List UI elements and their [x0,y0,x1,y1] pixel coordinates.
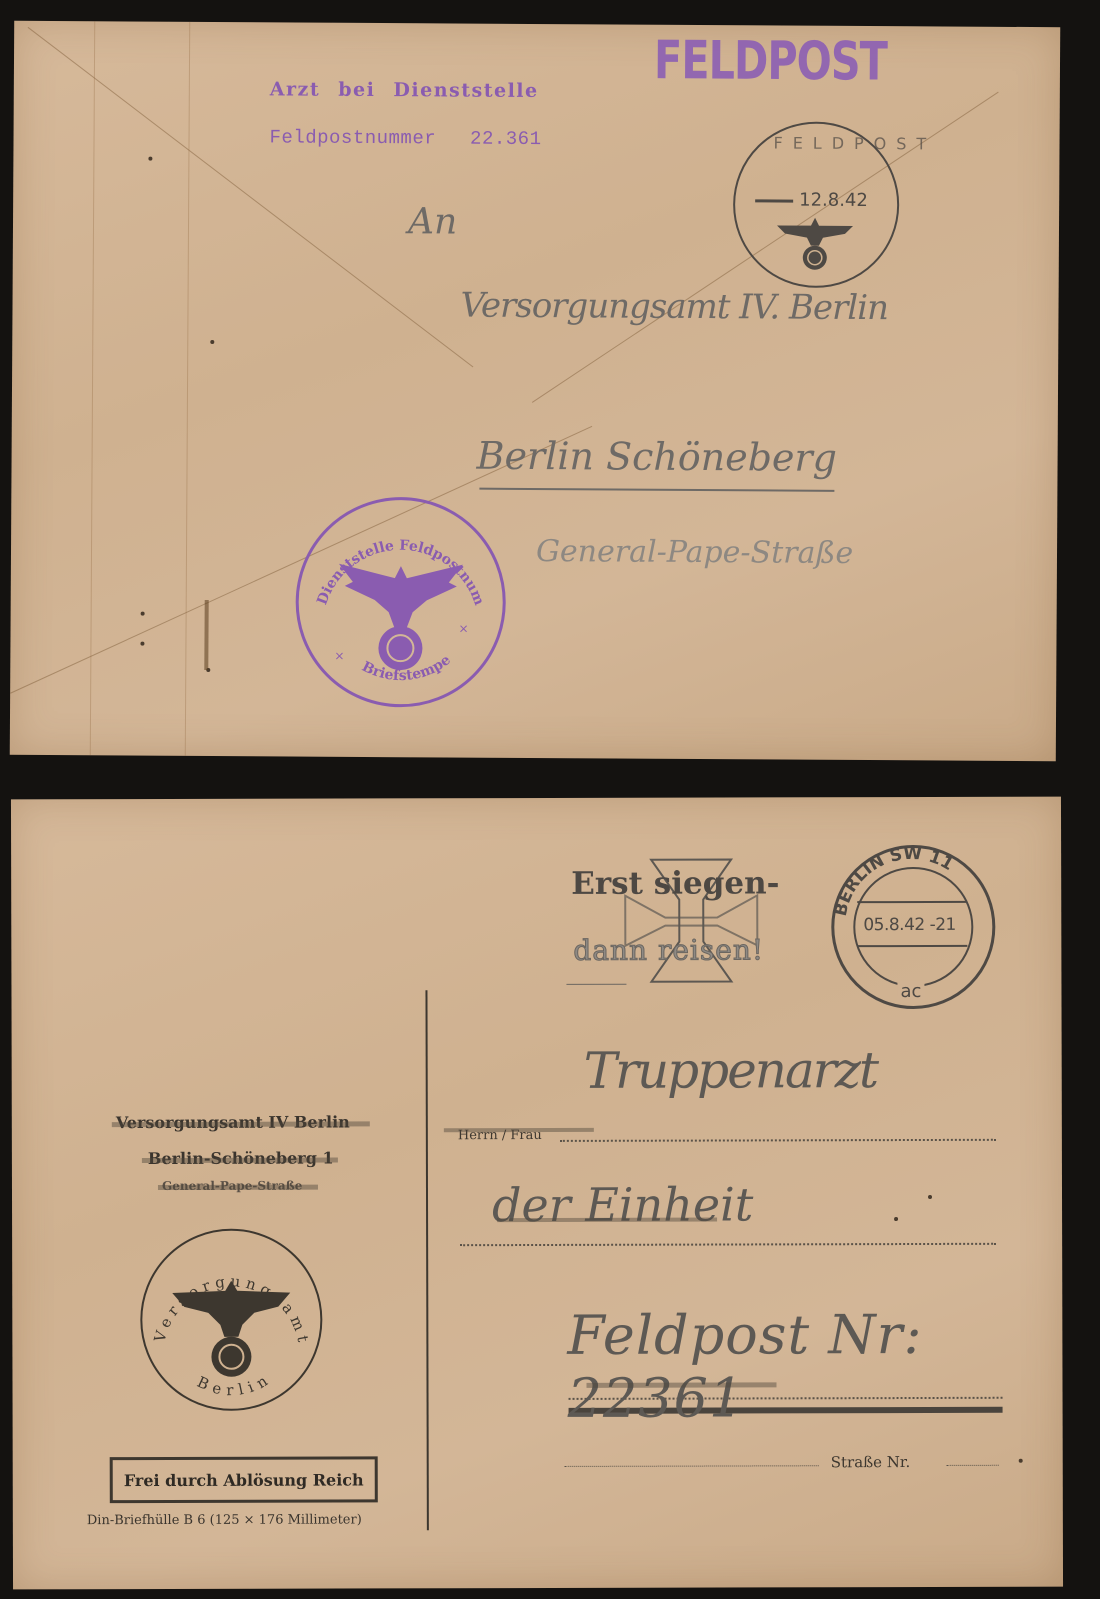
eagle-emblem-icon [166,1273,296,1383]
envelope-front: Erst siegen- dann reisen! BERLIN SW 11 0… [11,797,1063,1590]
eagle-emblem-icon [773,211,857,272]
feldpostnummer-label: Feldpostnummer [269,126,436,149]
punch-hole [894,1217,898,1221]
street-line [565,1465,819,1467]
handwritten-address-line1: Versorgungsamt IV. Berlin [460,286,888,329]
strikethrough [497,1218,717,1223]
office-seal: Versorgungsamt IV Berlin [140,1229,322,1411]
handwritten-recipient-line3: Feldpost Nr: 22361 [567,1303,1062,1430]
stain-mark [204,600,208,670]
address-underline [479,488,834,492]
strikethrough [444,1128,594,1132]
slogan-rule [566,984,626,985]
envelope-back: FELDPOST Arzt bei Dienststelle Feldpostn… [10,21,1060,761]
punch-hole [140,642,144,646]
handwritten-address-line3: General-Pape-Straße [536,534,853,571]
franking-text: Frei durch Ablösung Reich [124,1470,364,1490]
envelope-spec: Din-Briefhülle B 6 (125 × 176 Millimeter… [87,1512,362,1528]
strikethrough [112,1121,370,1127]
feldpost-stamp: FELDPOST [654,29,887,93]
handwritten-address-line2: Berlin Schöneberg [476,434,837,480]
postmark-arc-text: FELDPOST [773,133,936,153]
handwritten-recipient-line1: Truppenarzt [584,1041,878,1100]
punch-hole [148,157,152,161]
svg-text:BERLIN SW 11: BERLIN SW 11 [831,845,957,918]
eagle-emblem-icon [330,556,471,677]
strikethrough [142,1158,338,1164]
unit-seal: Dienststelle Feldpostnummer 22361 Briefs… [295,497,506,708]
strikethrough [158,1185,318,1190]
punch-hole [1019,1459,1023,1463]
franking-box: Frei durch Ablösung Reich [110,1456,378,1503]
berlin-postmark: BERLIN SW 11 05.8.42 -21 ac [831,845,993,1007]
handwritten-salutation: An [408,201,457,242]
vertical-divider [425,990,428,1530]
postmark-date: 12.8.42 [755,189,868,211]
fold-crease [90,21,95,755]
fold-crease [185,22,190,756]
sender-stamp-line2: Feldpostnummer 22.361 [269,126,541,150]
postmark-code: ac [897,981,924,1002]
punch-hole [141,612,145,616]
street-number-line [947,1465,999,1466]
sender-stamp-line1: Arzt bei Dienststelle [270,78,539,102]
feldpostnummer-value: 22.361 [470,128,542,150]
address-line-2 [460,1243,996,1246]
slogan-line2: dann reisen! [573,933,764,966]
street-label: Straße Nr. [831,1453,911,1471]
punch-hole [210,340,214,344]
slogan-line1: Erst siegen- [571,865,779,902]
strikethrough [586,1382,776,1387]
punch-hole [928,1195,932,1199]
handwritten-recipient-line2: der Einheit [492,1177,753,1232]
feldpost-postmark: FELDPOST 12.8.42 [733,121,900,288]
address-line-1 [560,1139,996,1142]
postmark-date: 05.8.42 -21 [863,915,956,935]
